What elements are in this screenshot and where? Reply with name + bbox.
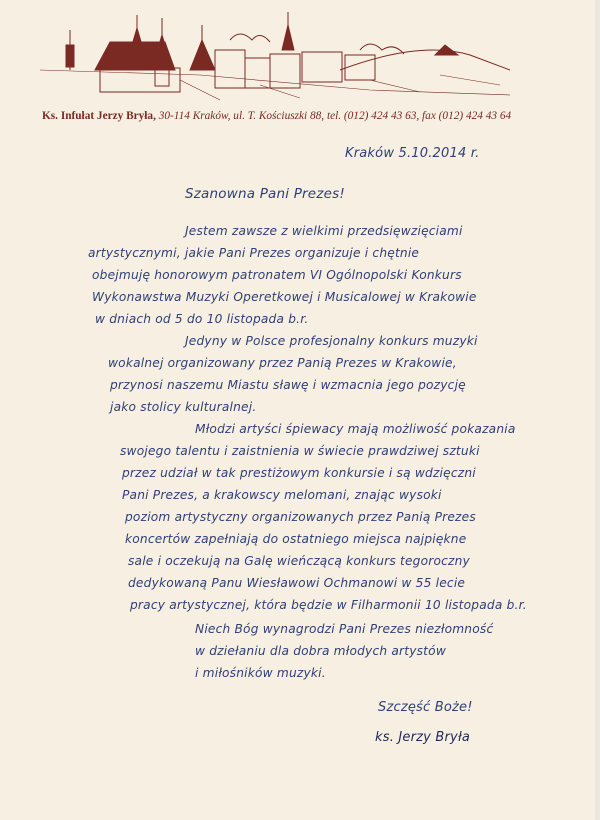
letter-line: sale i oczekują na Galę wieńczącą konkur… [128,554,470,568]
letterhead-phone: tel. (012) 424 43 63, [327,110,419,122]
letter-page: Ks. Infułat Jerzy Bryła, 30-114 Kraków, … [0,0,595,820]
letter-line: przynosi naszemu Miastu sławę i wzmacnia… [110,378,466,392]
letter-line: i miłośników muzyki. [195,666,326,680]
letter-closing: Szczęść Boże! [378,700,473,715]
letterhead-name: Ks. Infułat Jerzy Bryła, [42,110,156,122]
letter-line: koncertów zapełniają do ostatniego miejs… [125,532,466,546]
letter-line: artystycznymi, jakie Pani Prezes organiz… [88,246,419,260]
letter-line: Jedyny w Polsce profesjonalny konkurs mu… [185,334,478,348]
letter-line: jako stolicy kulturalnej. [110,400,256,414]
letter-line: wokalnej organizowany przez Panią Prezes… [108,356,457,370]
letter-salutation: Szanowna Pani Prezes! [185,186,345,202]
letterhead-fax: fax (012) 424 43 64 [422,110,511,122]
letter-line: pracy artystycznej, która będzie w Filha… [130,598,527,612]
letterhead-address: Ks. Infułat Jerzy Bryła, 30-114 Kraków, … [42,110,600,122]
letter-line: Jestem zawsze z wielkimi przedsięwzięcia… [185,224,463,238]
letter-line: poziom artystyczny organizowanych przez … [125,510,476,524]
letter-date: Kraków 5.10.2014 r. [345,146,479,161]
letter-line: Wykonawstwa Muzyki Operetkowej i Musical… [92,290,477,304]
letter-line: obejmuję honorowym patronatem VI Ogólnop… [92,268,462,282]
letter-line: w dziełaniu dla dobra młodych artystów [195,644,446,658]
krakow-skyline-illustration [40,10,565,102]
page-edge [595,0,600,820]
letter-signature: ks. Jerzy Bryła [375,730,470,745]
letter-line: przez udział w tak prestiżowym konkursie… [122,466,476,480]
letter-line: swojego talentu i zaistnienia w świecie … [120,444,480,458]
letter-line: Niech Bóg wynagrodzi Pani Prezes niezłom… [195,622,493,636]
letter-line: Młodzi artyści śpiewacy mają możliwość p… [195,422,516,436]
letter-line: Pani Prezes, a krakowscy melomani, znają… [122,488,442,502]
letter-line: dedykowaną Panu Wiesławowi Ochmanowi w 5… [128,576,465,590]
letterhead-address-line: 30-114 Kraków, ul. T. Kościuszki 88, [159,110,324,122]
letter-line: w dniach od 5 do 10 listopada b.r. [95,312,308,326]
